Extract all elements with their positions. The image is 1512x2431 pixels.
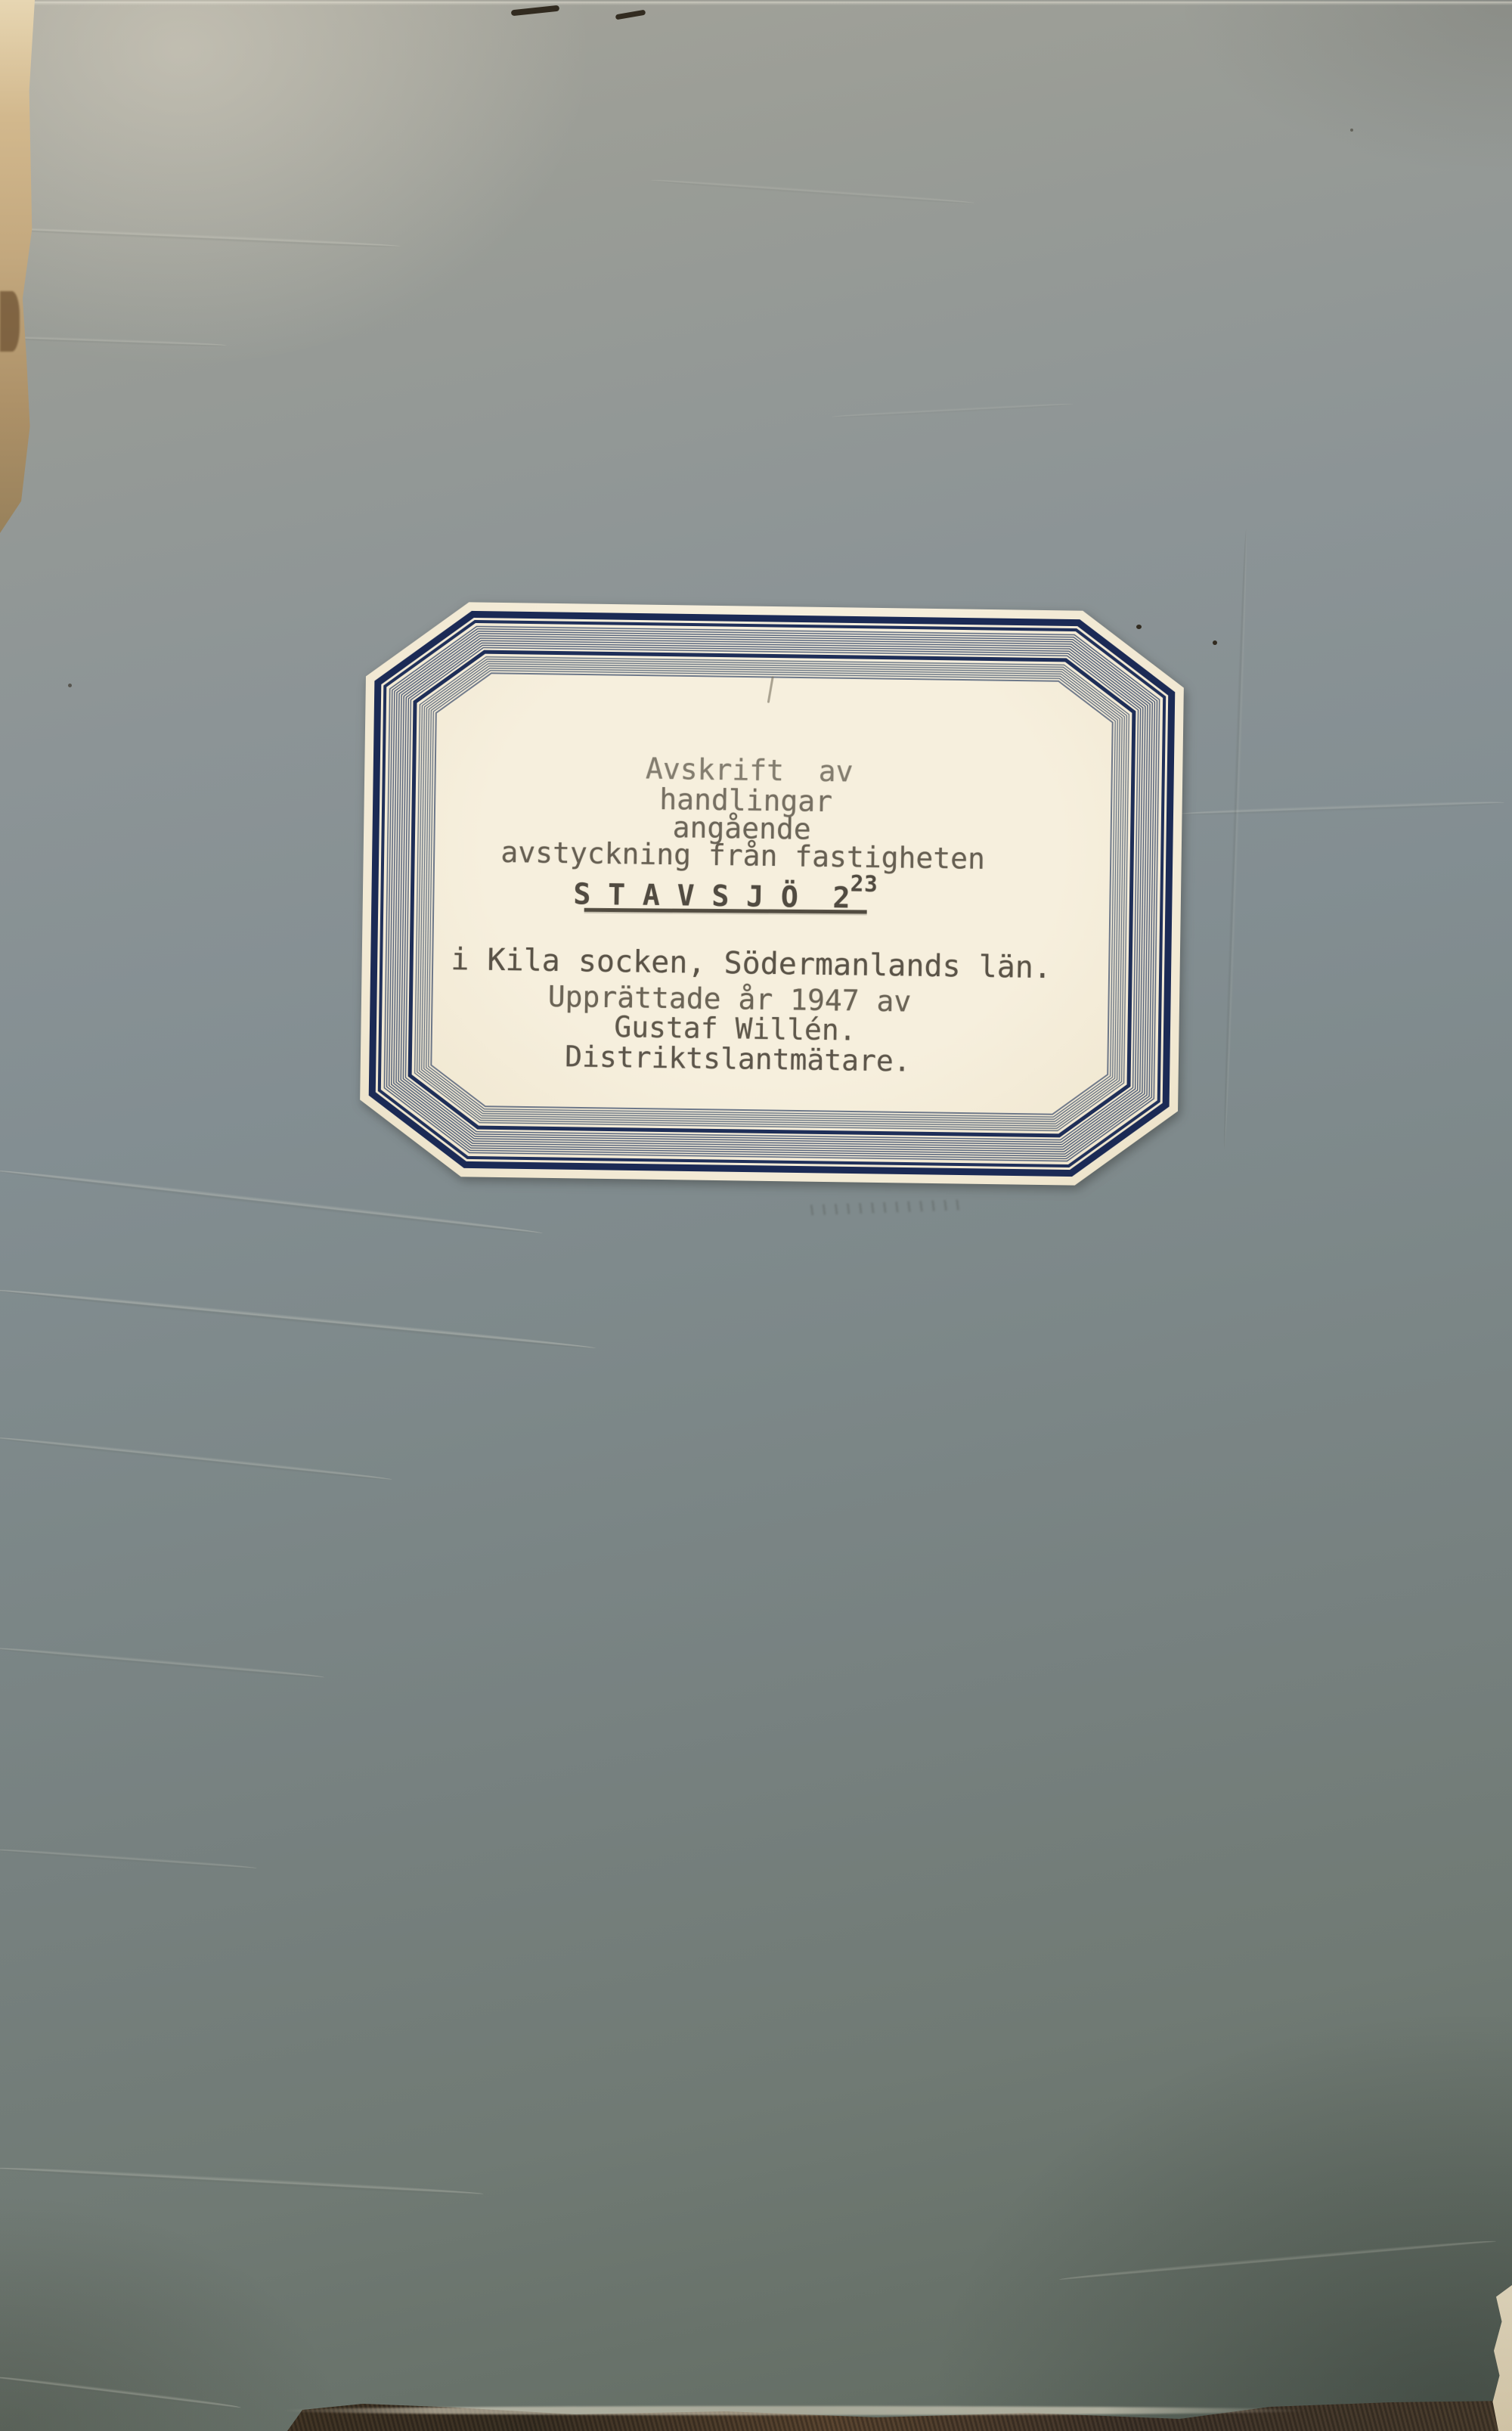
crease-line	[0, 1287, 596, 1352]
cover-top-edge-highlight	[0, 2, 1512, 5]
property-superscript: 23	[850, 867, 878, 901]
paper-speck	[68, 684, 72, 687]
crease-line	[650, 178, 974, 206]
paper-speck	[1213, 640, 1217, 645]
paper-speck	[615, 10, 646, 20]
label-paper: Avskrift av handlingar angående avstyckn…	[359, 600, 1185, 1186]
underlying-page-notch	[0, 291, 20, 352]
crease-line	[832, 402, 1074, 420]
crease-line	[0, 2165, 484, 2197]
crease-line	[0, 1847, 257, 1871]
folder-cover	[0, 0, 1512, 2431]
crease-line	[1059, 2238, 1497, 2284]
crease-line	[0, 225, 401, 250]
crease-line	[0, 1167, 543, 1237]
crease-line	[0, 2374, 241, 2411]
crease-line	[0, 1645, 325, 1680]
pencil-smudge	[801, 1199, 960, 1215]
archival-document-photo: Avskrift av handlingar angående avstyckn…	[0, 0, 1512, 2431]
crease-line	[0, 335, 227, 349]
cover-label: Avskrift av handlingar angående avstyckn…	[359, 600, 1185, 1186]
cover-bottom-edge-highlight	[280, 2406, 1308, 2415]
fold-line	[1222, 529, 1250, 1149]
crease-line	[0, 1434, 392, 1482]
paper-speck	[1350, 129, 1353, 132]
crease-line	[1179, 799, 1504, 817]
paper-speck	[511, 5, 559, 17]
